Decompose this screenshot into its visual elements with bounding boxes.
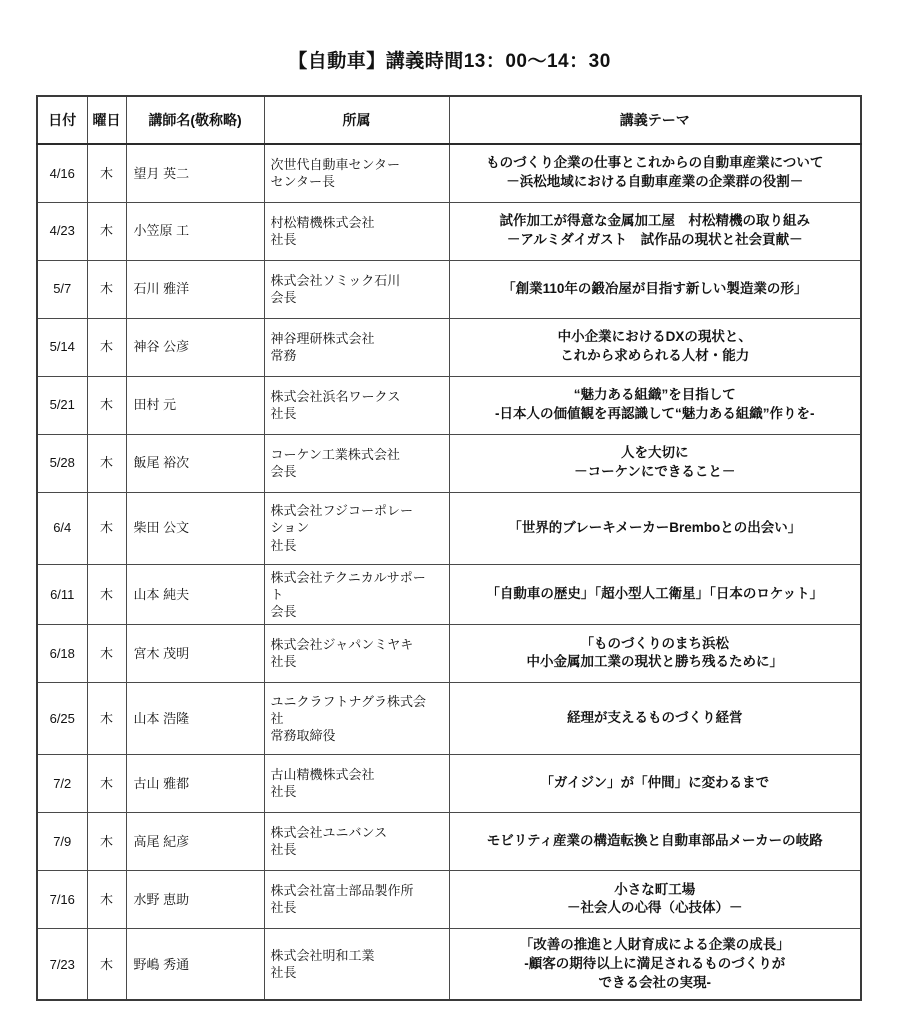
date-cell: 6/11 — [37, 564, 87, 624]
affiliation-cell: 古山精機株式会社 社長 — [264, 754, 449, 812]
page-title: 【自動車】講義時間13：00～14：30 — [0, 0, 899, 73]
theme-cell: 「自動車の歴史」「超小型人工衛星」「日本のロケット」 — [449, 564, 861, 624]
date-cell: 5/7 — [37, 260, 87, 318]
table-row: 5/14 木 神谷 公彦 神谷理研株式会社 常務 中小企業におけるDXの現状と、… — [37, 318, 861, 376]
theme-cell: 小さな町工場 －社会人の心得（心技体）－ — [449, 870, 861, 928]
table-row: 6/18 木 宮木 茂明 株式会社ジャパンミヤキ 社長 「ものづくりのまち浜松 … — [37, 624, 861, 682]
theme-cell: 「創業110年の鍛冶屋が目指す新しい製造業の形」 — [449, 260, 861, 318]
date-cell: 4/16 — [37, 144, 87, 202]
lecture-schedule-table: 日付 曜日 講師名(敬称略) 所属 講義テーマ 4/16 木 望月 英二 次世代… — [36, 95, 862, 1001]
day-cell: 木 — [87, 682, 126, 754]
table-row: 4/23 木 小笠原 工 村松精機株式会社 社長 試作加工が得意な金属加工屋 村… — [37, 202, 861, 260]
table-row: 7/23 木 野嶋 秀通 株式会社明和工業 社長 「改善の推進と人財育成による企… — [37, 928, 861, 1000]
lecturer-cell: 石川 雅洋 — [126, 260, 264, 318]
header-affiliation: 所属 — [264, 96, 449, 144]
day-cell: 木 — [87, 754, 126, 812]
affiliation-cell: コーケン工業株式会社 会長 — [264, 434, 449, 492]
day-cell: 木 — [87, 260, 126, 318]
lecturer-cell: 野嶋 秀通 — [126, 928, 264, 1000]
lecturer-cell: 望月 英二 — [126, 144, 264, 202]
day-cell: 木 — [87, 928, 126, 1000]
affiliation-cell: 株式会社ユニバンス 社長 — [264, 812, 449, 870]
table-row: 5/28 木 飯尾 裕次 コーケン工業株式会社 会長 人を大切に －コーケンにで… — [37, 434, 861, 492]
lecturer-cell: 宮木 茂明 — [126, 624, 264, 682]
date-cell: 6/4 — [37, 492, 87, 564]
theme-cell: 人を大切に －コーケンにできること－ — [449, 434, 861, 492]
theme-cell: 「ガイジン」が「仲間」に変わるまで — [449, 754, 861, 812]
lecturer-cell: 水野 恵助 — [126, 870, 264, 928]
lecturer-cell: 高尾 紀彦 — [126, 812, 264, 870]
day-cell: 木 — [87, 202, 126, 260]
lecturer-cell: 田村 元 — [126, 376, 264, 434]
date-cell: 7/2 — [37, 754, 87, 812]
lecturer-cell: 神谷 公彦 — [126, 318, 264, 376]
table-row: 7/9 木 高尾 紀彦 株式会社ユニバンス 社長 モビリティ産業の構造転換と自動… — [37, 812, 861, 870]
header-theme: 講義テーマ — [449, 96, 861, 144]
lecturer-cell: 小笠原 工 — [126, 202, 264, 260]
date-cell: 5/14 — [37, 318, 87, 376]
header-lecturer: 講師名(敬称略) — [126, 96, 264, 144]
affiliation-cell: 株式会社ジャパンミヤキ 社長 — [264, 624, 449, 682]
date-cell: 6/25 — [37, 682, 87, 754]
table-row: 7/16 木 水野 恵助 株式会社富士部品製作所 社長 小さな町工場 －社会人の… — [37, 870, 861, 928]
theme-cell: 「改善の推進と人財育成による企業の成長」 -顧客の期待以上に満足されるものづくり… — [449, 928, 861, 1000]
table-body: 4/16 木 望月 英二 次世代自動車センター センター長 ものづくり企業の仕事… — [37, 144, 861, 1000]
lecturer-cell: 山本 浩隆 — [126, 682, 264, 754]
date-cell: 7/9 — [37, 812, 87, 870]
lecturer-cell: 柴田 公文 — [126, 492, 264, 564]
table-header-row: 日付 曜日 講師名(敬称略) 所属 講義テーマ — [37, 96, 861, 144]
date-cell: 4/23 — [37, 202, 87, 260]
affiliation-cell: 村松精機株式会社 社長 — [264, 202, 449, 260]
day-cell: 木 — [87, 318, 126, 376]
date-cell: 7/23 — [37, 928, 87, 1000]
table-row: 6/11 木 山本 純夫 株式会社テクニカルサポー ト 会長 「自動車の歴史」「… — [37, 564, 861, 624]
day-cell: 木 — [87, 492, 126, 564]
day-cell: 木 — [87, 870, 126, 928]
date-cell: 6/18 — [37, 624, 87, 682]
date-cell: 7/16 — [37, 870, 87, 928]
day-cell: 木 — [87, 144, 126, 202]
document-page: 【自動車】講義時間13：00～14：30 日付 曜日 講師名(敬称略) 所属 講… — [0, 0, 899, 1024]
header-day: 曜日 — [87, 96, 126, 144]
table-row: 5/7 木 石川 雅洋 株式会社ソミック石川 会長 「創業110年の鍛冶屋が目指… — [37, 260, 861, 318]
affiliation-cell: 株式会社ソミック石川 会長 — [264, 260, 449, 318]
affiliation-cell: 株式会社フジコーポレー ション 社長 — [264, 492, 449, 564]
affiliation-cell: 株式会社テクニカルサポー ト 会長 — [264, 564, 449, 624]
theme-cell: 「ものづくりのまち浜松 中小金属加工業の現状と勝ち残るために」 — [449, 624, 861, 682]
day-cell: 木 — [87, 564, 126, 624]
day-cell: 木 — [87, 376, 126, 434]
day-cell: 木 — [87, 434, 126, 492]
affiliation-cell: 株式会社浜名ワークス 社長 — [264, 376, 449, 434]
theme-cell: 試作加工が得意な金属加工屋 村松精機の取り組み －アルミダイガスト 試作品の現状… — [449, 202, 861, 260]
affiliation-cell: ユニクラフトナグラ株式会 社 常務取締役 — [264, 682, 449, 754]
theme-cell: 経理が支えるものづくり経営 — [449, 682, 861, 754]
affiliation-cell: 株式会社富士部品製作所 社長 — [264, 870, 449, 928]
day-cell: 木 — [87, 812, 126, 870]
lecturer-cell: 古山 雅都 — [126, 754, 264, 812]
table-row: 7/2 木 古山 雅都 古山精機株式会社 社長 「ガイジン」が「仲間」に変わるま… — [37, 754, 861, 812]
theme-cell: “魅力ある組織”を目指して -日本人の価値観を再認識して“魅力ある組織”作りを- — [449, 376, 861, 434]
theme-cell: 中小企業におけるDXの現状と、 これから求められる人材・能力 — [449, 318, 861, 376]
table-row: 6/25 木 山本 浩隆 ユニクラフトナグラ株式会 社 常務取締役 経理が支える… — [37, 682, 861, 754]
affiliation-cell: 次世代自動車センター センター長 — [264, 144, 449, 202]
affiliation-cell: 神谷理研株式会社 常務 — [264, 318, 449, 376]
lecturer-cell: 山本 純夫 — [126, 564, 264, 624]
theme-cell: ものづくり企業の仕事とこれからの自動車産業について －浜松地域における自動車産業… — [449, 144, 861, 202]
lecturer-cell: 飯尾 裕次 — [126, 434, 264, 492]
date-cell: 5/28 — [37, 434, 87, 492]
header-date: 日付 — [37, 96, 87, 144]
table-row: 6/4 木 柴田 公文 株式会社フジコーポレー ション 社長 「世界的ブレーキメ… — [37, 492, 861, 564]
table-row: 4/16 木 望月 英二 次世代自動車センター センター長 ものづくり企業の仕事… — [37, 144, 861, 202]
day-cell: 木 — [87, 624, 126, 682]
theme-cell: モビリティ産業の構造転換と自動車部品メーカーの岐路 — [449, 812, 861, 870]
affiliation-cell: 株式会社明和工業 社長 — [264, 928, 449, 1000]
theme-cell: 「世界的ブレーキメーカーBremboとの出会い」 — [449, 492, 861, 564]
date-cell: 5/21 — [37, 376, 87, 434]
table-row: 5/21 木 田村 元 株式会社浜名ワークス 社長 “魅力ある組織”を目指して … — [37, 376, 861, 434]
